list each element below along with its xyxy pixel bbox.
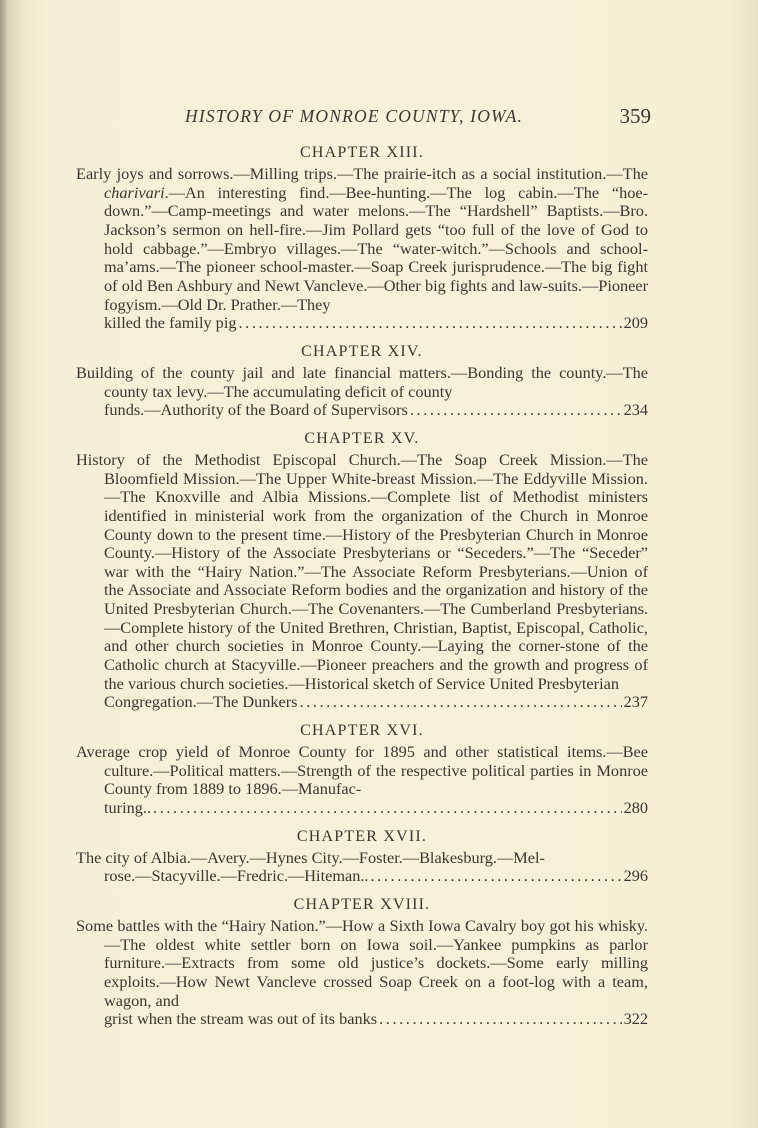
page-ref: 280 — [624, 799, 648, 818]
book-page: HISTORY OF MONROE COUNTY, IOWA. 359 CHAP… — [0, 0, 758, 1128]
dot-leader — [238, 314, 621, 333]
chapter-summary: Some battles with the “Hairy Nation.”—Ho… — [76, 917, 648, 1010]
toc-entry-line[interactable]: killed the family pig 209 — [76, 314, 648, 333]
chapter-xviii: CHAPTER XVIII. Some battles with the “Ha… — [76, 894, 648, 1029]
toc-entry-line[interactable]: funds.—Authority of the Board of Supervi… — [76, 401, 648, 420]
page-ref: 209 — [624, 314, 648, 333]
page-header: HISTORY OF MONROE COUNTY, IOWA. 359 — [185, 104, 655, 134]
chapter-heading: CHAPTER XVI. — [76, 720, 648, 742]
toc-entry-line[interactable]: turing.. 280 — [76, 799, 648, 818]
page-number: 359 — [620, 104, 652, 129]
dot-leader — [379, 1010, 621, 1029]
toc-entry-line[interactable]: Congregation.—The Dunkers 237 — [76, 693, 648, 712]
chapter-summary: Average crop yield of Monroe County for … — [76, 743, 648, 799]
dot-leader — [153, 799, 622, 818]
chapter-xiv: CHAPTER XIV. Building of the county jail… — [76, 341, 648, 420]
toc-entry-line[interactable]: rose.—Stacyville.—Fredric.—Hiteman.. 296 — [76, 867, 648, 886]
dot-leader — [300, 693, 622, 712]
chapter-summary: Early joys and sorrows.—Milling trips.—T… — [76, 165, 648, 314]
chapter-xvii: CHAPTER XVII. The city of Albia.—Avery.—… — [76, 826, 648, 886]
italic-term: charivari — [104, 183, 165, 202]
dot-leader — [371, 867, 622, 886]
chapter-heading: CHAPTER XIII. — [76, 142, 648, 164]
chapter-heading: CHAPTER XV. — [76, 428, 648, 450]
chapter-xv: CHAPTER XV. History of the Methodist Epi… — [76, 428, 648, 712]
page-ref: 322 — [624, 1010, 648, 1029]
page-ref: 234 — [624, 401, 648, 420]
toc-entry-line[interactable]: grist when the stream was out of its ban… — [76, 1010, 648, 1029]
chapter-summary: History of the Methodist Episcopal Churc… — [76, 451, 648, 694]
table-of-contents: CHAPTER XIII. Early joys and sorrows.—Mi… — [76, 142, 648, 1029]
chapter-xvi: CHAPTER XVI. Average crop yield of Monro… — [76, 720, 648, 818]
chapter-heading: CHAPTER XVIII. — [76, 894, 648, 916]
chapter-heading: CHAPTER XVII. — [76, 826, 648, 848]
dot-leader — [410, 401, 622, 420]
page-ref: 237 — [624, 693, 648, 712]
chapter-heading: CHAPTER XIV. — [76, 341, 648, 363]
running-title: HISTORY OF MONROE COUNTY, IOWA. — [185, 106, 523, 127]
chapter-summary: The city of Albia.—Avery.—Hynes City.—Fo… — [76, 849, 648, 868]
chapter-xiii: CHAPTER XIII. Early joys and sorrows.—Mi… — [76, 142, 648, 333]
page-ref: 296 — [624, 867, 648, 886]
chapter-summary: Building of the county jail and late fin… — [76, 364, 648, 401]
